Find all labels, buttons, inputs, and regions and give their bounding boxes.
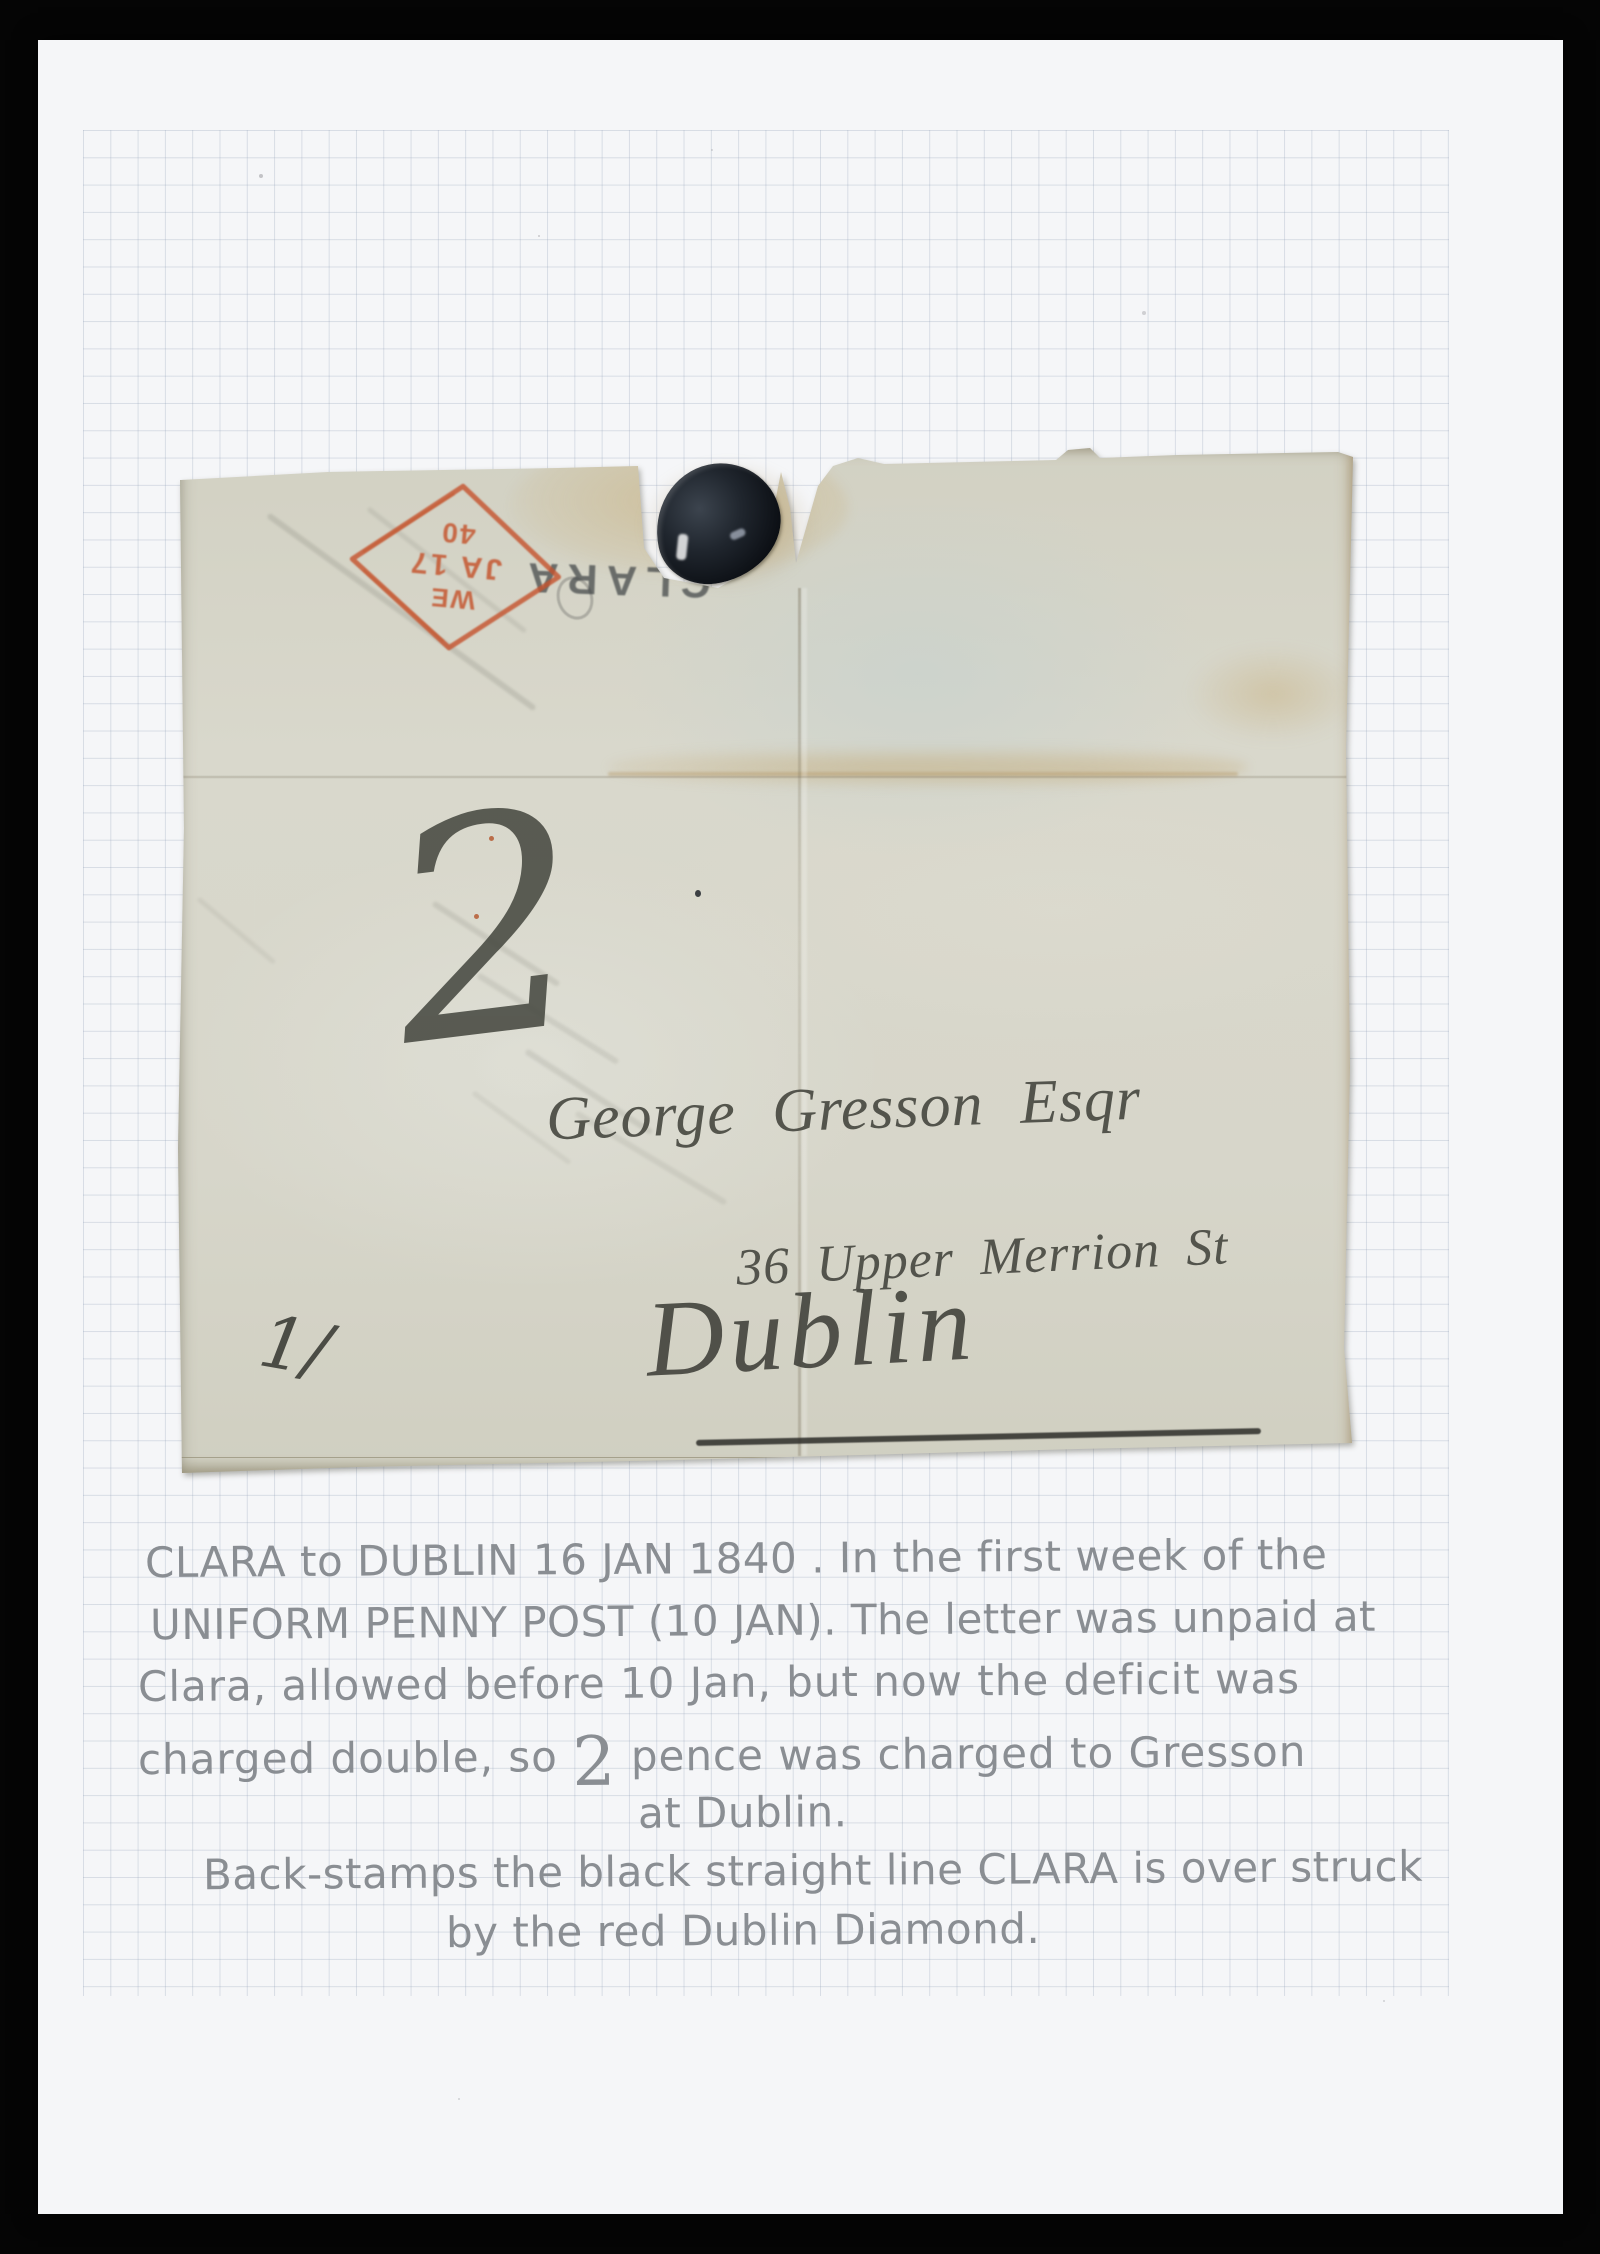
entire-letter-cover: CLARA WE JA 17 40 2 1/ [178,448,1353,1474]
seal-highlight [729,527,747,541]
seal-highlight [676,534,689,561]
caption-line-6: Back-stamps the black straight line CLAR… [203,1842,1423,1900]
stain-right-edge [1188,646,1358,742]
address-line-name: George Gresson Esqr [545,1064,1142,1156]
photo-of-album-page: CLARA WE JA 17 40 2 1/ [0,0,1600,2254]
horizontal-fold-crease [180,776,1348,778]
caption-line-1: CLARA to DUBLIN 16 JAN 1840 . In the fir… [145,1530,1328,1587]
caption-line-3: Clara, allowed before 10 Jan, but now th… [138,1654,1300,1711]
stain-along-crease [608,744,1248,790]
diamond-stamp-line2: JA 17 [407,545,503,586]
manuscript-docket-mark: 1/ [253,1299,337,1394]
manuscript-rate-2: 2 [351,770,626,1097]
pencil-smudge [196,897,276,965]
caption-line-4a: charged double, so [138,1732,573,1784]
paper-dust-specks [38,40,40,42]
caption-line-4-figure-2: 2 [572,1723,617,1802]
diamond-stamp-line1: WE [428,582,476,616]
address-line-city: Dublin [643,1261,979,1402]
dublin-diamond-stamp: WE JA 17 40 [341,473,570,661]
caption-line-4c: pence was charged to Gresson [616,1727,1306,1781]
diamond-stamp-line3: 40 [439,517,477,551]
city-underline-stroke [696,1428,1261,1446]
caption-line-7: by the red Dublin Diamond. [446,1904,1041,1957]
black-ink-speck [695,890,701,897]
caption-line-2: UNIFORM PENNY POST (10 JAN). The letter … [150,1592,1376,1650]
album-page: CLARA WE JA 17 40 2 1/ [38,40,1563,2214]
cover-wrapper: CLARA WE JA 17 40 2 1/ [178,448,1353,1474]
bottom-fold-edge [180,1457,1350,1474]
caption-line-5: at Dublin. [638,1787,848,1837]
